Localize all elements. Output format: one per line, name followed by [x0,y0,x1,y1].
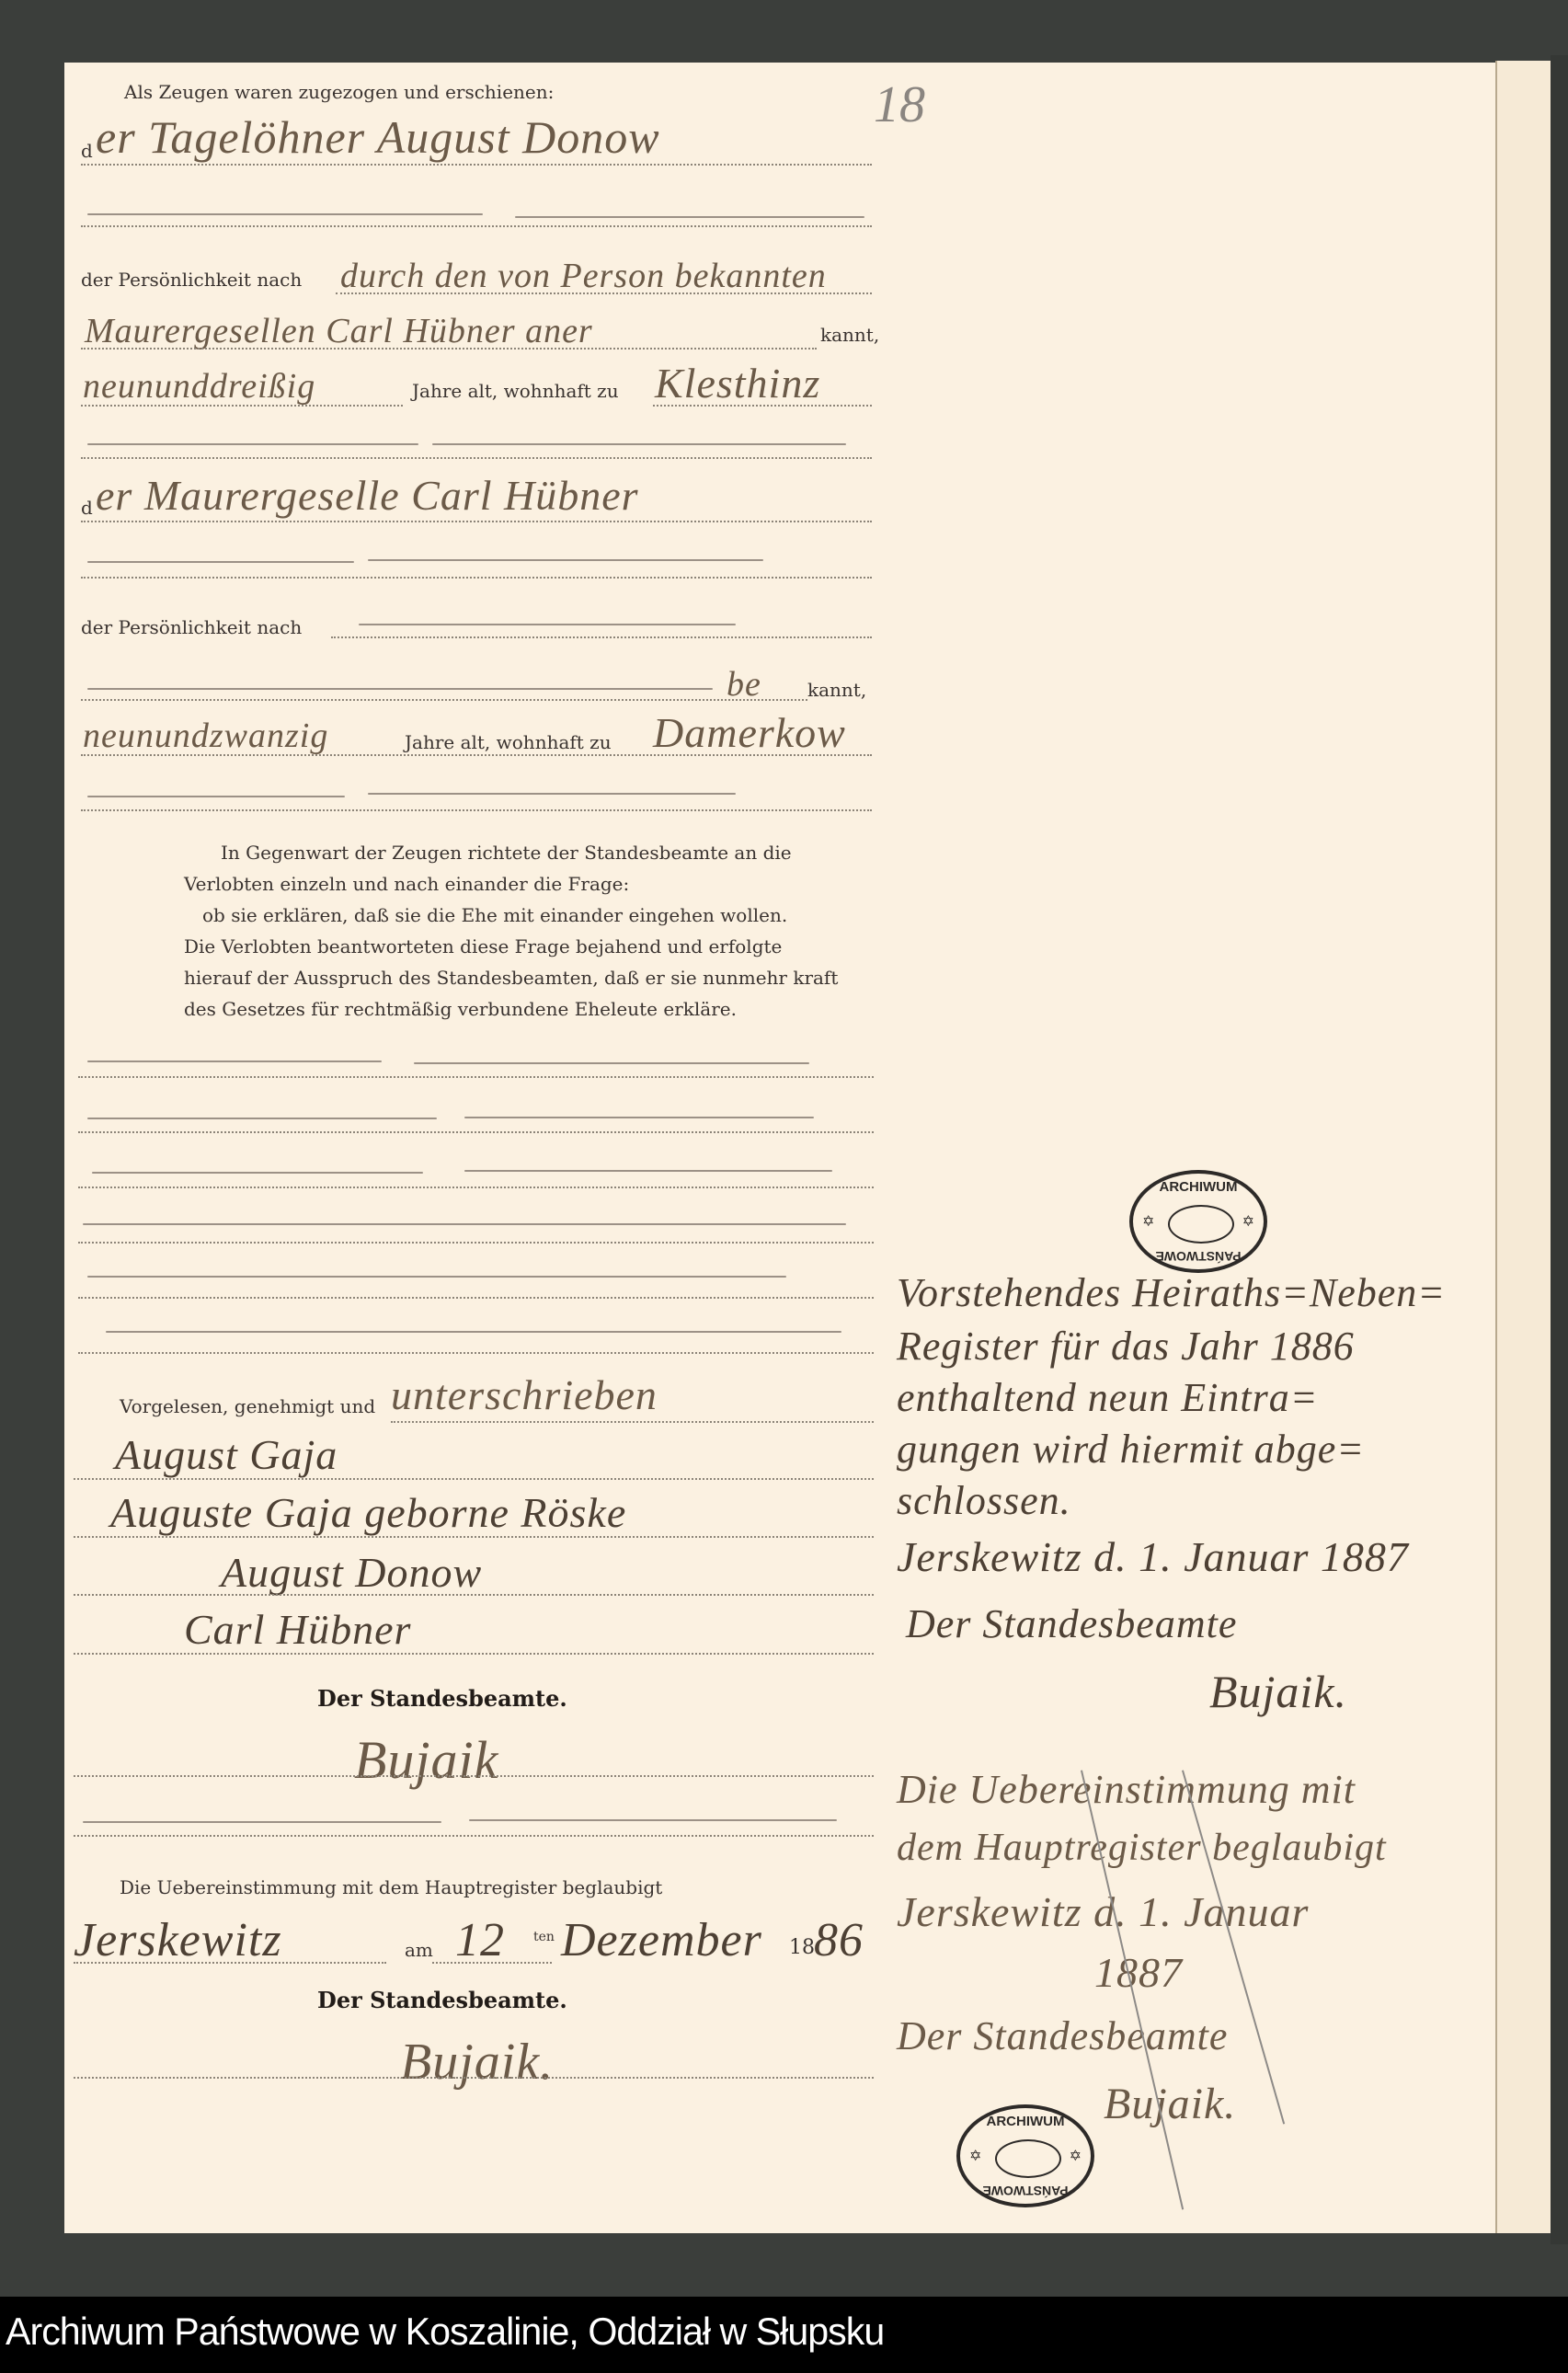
dotted-line [78,1297,874,1299]
star-icon: ✡ [1070,2147,1082,2164]
certification-signature: Bujaik. [400,2033,554,2092]
registrar-title: Der Standesbeamte. [317,1685,567,1712]
dotted-line [78,1131,874,1133]
certification-note-line: Die Uebereinstimmung mit [897,1766,1356,1813]
certification-year-suffix: 86 [814,1913,864,1967]
fill-stroke [368,793,736,795]
cancel-stroke [92,1172,423,1174]
dotted-line [81,521,872,522]
dotted-line [74,1536,874,1538]
cancel-stroke [83,1223,846,1225]
closing-note-place-date: Jerskewitz d. 1. Januar 1887 [897,1532,1409,1581]
witness1-identity-line2: Maurergesellen Carl Hübner aner [85,311,593,351]
certification-day: 12 [455,1913,505,1967]
signature-line: Auguste Gaja geborne Röske [110,1488,626,1537]
dotted-line [81,577,872,579]
witness2-name: er Maurergeselle Carl Hübner [96,471,639,520]
witness2-age: neunundzwanzig [83,716,328,756]
stamp-inner-oval [1168,1205,1234,1244]
fill-stroke [368,559,763,561]
dotted-line [81,699,807,701]
dotted-line [391,1421,874,1423]
certification-place: Jerskewitz [74,1913,282,1967]
cancel-stroke [87,1060,382,1062]
dotted-line [81,348,817,350]
witness2-prefix: d [81,497,93,519]
dotted-line [74,1962,386,1964]
witness1-identity-label: der Persönlichkeit nach [81,269,302,291]
dotted-line [74,1775,874,1777]
witness2-age-label: Jahre alt, wohnhaft zu [405,731,612,753]
certification-note-title: Der Standesbeamte [897,2012,1228,2059]
book-spine [1551,55,1568,2244]
witness1-identity-suffix: kannt, [820,324,879,346]
stamp-top-text: ARCHIWUM [1133,1179,1264,1195]
dotted-line [432,1962,552,1964]
certification-year-prefix: 18 [789,1936,815,1959]
dotted-line [74,2077,874,2079]
dotted-line [81,457,872,459]
certification-note-line: dem Hauptregister beglaubigt [897,1826,1387,1870]
dotted-line [653,405,872,407]
ceremony-line: In Gegenwart der Zeugen richtete der Sta… [184,837,883,868]
dotted-line [81,754,872,756]
fill-stroke [515,216,864,218]
cancel-stroke [83,1821,441,1823]
dotted-line [74,1594,874,1596]
dotted-line [336,292,872,294]
registrar-signature: Bujaik [354,1729,498,1791]
witness1-name: er Tagelöhner August Donow [96,110,660,164]
closing-note-line: Vorstehendes Heiraths=Neben= [897,1269,1446,1316]
stamp-inner-oval [995,2139,1061,2178]
witness1-age: neununddreißig [83,366,315,407]
dotted-line [78,1242,874,1244]
closing-note-line: Register für das Jahr 1886 [897,1323,1355,1370]
fill-stroke [87,688,713,690]
signatures-label: Vorgelesen, genehmigt und [120,1395,375,1417]
cancel-stroke [87,1276,786,1278]
archive-stamp: ARCHIWUM ✡ ✡ PAŃSTWOWE [956,2104,1094,2207]
witness1-age-label: Jahre alt, wohnhaft zu [412,380,619,402]
next-page-edge [1495,61,1552,2233]
cancel-stroke [106,1331,841,1333]
archive-stamp: ARCHIWUM ✡ ✡ PAŃSTWOWE [1129,1170,1267,1273]
signature-line: Carl Hübner [184,1605,411,1654]
fill-stroke [87,796,345,797]
cancel-stroke [414,1062,809,1064]
fill-stroke [87,213,483,215]
dotted-line [81,164,872,166]
dotted-line [81,405,403,407]
witness1-residence: Klesthinz [655,359,820,407]
certification-note-signature: Bujaik. [1104,2079,1236,2129]
ceremony-line: des Gesetzes für rechtmäßig verbundene E… [184,993,883,1025]
signature-line: August Donow [221,1548,482,1597]
star-icon: ✡ [1142,1212,1154,1230]
dotted-line [78,1076,874,1078]
certification-am: am [405,1939,433,1961]
stamp-bottom-text: PAŃSTWOWE [960,2184,1091,2198]
certification-ten: ten [533,1930,555,1944]
certification-title: Der Standesbeamte. [317,1987,567,2013]
dotted-line [74,1835,874,1837]
archive-caption: Archiwum Państwowe w Koszalinie, Oddział… [6,2310,884,2354]
fill-stroke [432,443,846,445]
archive-caption-bar: Archiwum Państwowe w Koszalinie, Oddział… [0,2297,1568,2373]
dotted-line [331,636,872,638]
ceremony-paragraph: In Gegenwart der Zeugen richtete der Sta… [184,837,883,1025]
closing-note-line: gungen wird hiermit abge= [897,1426,1365,1473]
dotted-line [74,1478,874,1480]
ceremony-line: hierauf der Ausspruch des Standesbeamten… [184,962,883,993]
star-icon: ✡ [1242,1212,1254,1230]
certification-note-line: 1887 [1094,1948,1183,1997]
certification-note-line: Jerskewitz d. 1. Januar [897,1887,1309,1936]
signature-line: August Gaja [115,1430,338,1479]
cancel-stroke [464,1170,832,1172]
page-number: 18 [874,75,925,134]
certification-month: Dezember [561,1913,762,1967]
fill-stroke [359,624,736,625]
dotted-line [78,1352,874,1354]
witness2-residence: Damerkow [653,708,846,757]
closing-note-title: Der Standesbeamte [906,1600,1237,1647]
stamp-top-text: ARCHIWUM [960,2114,1091,2129]
fill-stroke [87,443,418,445]
ceremony-line: ob sie erklären, daß sie die Ehe mit ein… [184,900,883,931]
star-icon: ✡ [969,2147,981,2164]
closing-note-signature: Bujaik. [1209,1665,1347,1718]
cancel-stroke [87,1118,437,1119]
dotted-line [78,1186,874,1188]
cancel-stroke [464,1117,814,1118]
witness2-identity-suffix: kannt, [807,679,866,701]
dotted-line [74,1653,874,1655]
stamp-bottom-text: PAŃSTWOWE [1133,1249,1264,1264]
witness1-prefix: d [81,140,93,162]
dotted-line [81,225,872,227]
certification-label: Die Uebereinstimmung mit dem Hauptregist… [120,1876,662,1898]
witnesses-header: Als Zeugen waren zugezogen und erschiene… [124,81,554,103]
ceremony-line: Verlobten einzeln und nach einander die … [184,868,883,900]
witness2-identity-label: der Persönlichkeit nach [81,616,302,638]
witness1-identity-line1: durch den von Person bekannten [340,256,827,296]
signatures-label-handwritten: unterschrieben [391,1370,658,1419]
ceremony-line: Die Verlobten beantworteten diese Frage … [184,931,883,962]
fill-stroke [87,561,354,563]
cancel-stroke [469,1819,837,1821]
dotted-line [81,809,872,811]
closing-note-line: enthaltend neun Eintra= [897,1374,1318,1421]
closing-note-line: schlossen. [897,1477,1071,1524]
